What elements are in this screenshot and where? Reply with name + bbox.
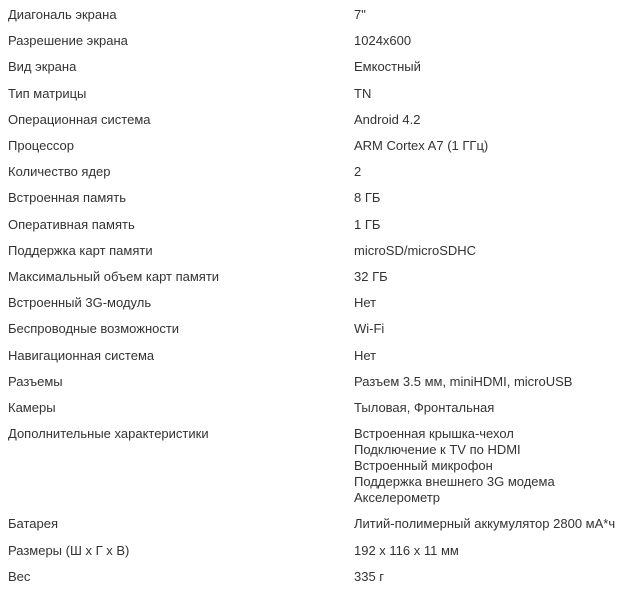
spec-label: Беспроводные возможности <box>8 321 179 337</box>
spec-value-line: Встроенная крышка-чехол <box>354 426 555 442</box>
spec-value-line: 2 <box>354 164 361 180</box>
spec-value-line: 1024x600 <box>354 33 411 49</box>
spec-value: 7" <box>354 7 366 23</box>
spec-value: TN <box>354 86 371 102</box>
spec-value: Нет <box>354 295 376 311</box>
spec-label: Оперативная память <box>8 217 135 233</box>
spec-value: Android 4.2 <box>354 112 421 128</box>
spec-value: Wi-Fi <box>354 321 384 337</box>
spec-value: Литий-полимерный аккумулятор 2800 мА*ч <box>354 516 615 532</box>
spec-value: 32 ГБ <box>354 269 388 285</box>
spec-value-line: Нет <box>354 348 376 364</box>
spec-value: microSD/microSDHC <box>354 243 476 259</box>
spec-value: Тыловая, Фронтальная <box>354 400 494 416</box>
spec-label: Батарея <box>8 516 58 532</box>
spec-value-line: 1 ГБ <box>354 217 380 233</box>
spec-value: ARM Cortex A7 (1 ГГц) <box>354 138 488 154</box>
spec-value-line: Подключение к TV по HDMI <box>354 442 555 458</box>
spec-value-line: Wi-Fi <box>354 321 384 337</box>
spec-value-line: microSD/microSDHC <box>354 243 476 259</box>
spec-value: Разъем 3.5 мм, miniHDMI, microUSB <box>354 374 572 390</box>
spec-label: Навигационная система <box>8 348 154 364</box>
spec-value-line: Встроенный микрофон <box>354 458 555 474</box>
spec-value-line: 8 ГБ <box>354 190 380 206</box>
spec-value-line: Поддержка внешнего 3G модема <box>354 474 555 490</box>
spec-value-line: 192 x 116 x 11 мм <box>354 543 459 559</box>
spec-value-line: Емкостный <box>354 59 421 75</box>
spec-label: Дополнительные характеристики <box>8 426 209 442</box>
spec-value-line: 335 г <box>354 569 384 585</box>
spec-value: 1 ГБ <box>354 217 380 233</box>
spec-value-line: ARM Cortex A7 (1 ГГц) <box>354 138 488 154</box>
spec-label: Размеры (Ш x Г x В) <box>8 543 129 559</box>
spec-label: Вид экрана <box>8 59 76 75</box>
spec-label: Тип матрицы <box>8 86 86 102</box>
spec-label: Встроенный 3G-модуль <box>8 295 151 311</box>
spec-value: 8 ГБ <box>354 190 380 206</box>
spec-value-line: Акселерометр <box>354 490 555 506</box>
spec-label: Камеры <box>8 400 56 416</box>
spec-label: Процессор <box>8 138 74 154</box>
spec-label: Количество ядер <box>8 164 111 180</box>
spec-label: Максимальный объем карт памяти <box>8 269 219 285</box>
spec-label: Диагональ экрана <box>8 7 117 23</box>
spec-value-line: TN <box>354 86 371 102</box>
spec-value-line: Тыловая, Фронтальная <box>354 400 494 416</box>
spec-value: Емкостный <box>354 59 421 75</box>
spec-value: Нет <box>354 348 376 364</box>
spec-value-line: Нет <box>354 295 376 311</box>
spec-value-line: Android 4.2 <box>354 112 421 128</box>
spec-label: Разрешение экрана <box>8 33 128 49</box>
spec-value-line: Разъем 3.5 мм, miniHDMI, microUSB <box>354 374 572 390</box>
spec-label: Встроенная память <box>8 190 126 206</box>
spec-value: 2 <box>354 164 361 180</box>
spec-label: Поддержка карт памяти <box>8 243 153 259</box>
spec-value-line: 7" <box>354 7 366 23</box>
spec-label: Операционная система <box>8 112 151 128</box>
spec-label: Вес <box>8 569 30 585</box>
spec-value: 192 x 116 x 11 мм <box>354 543 459 559</box>
spec-value-line: Литий-полимерный аккумулятор 2800 мА*ч <box>354 516 615 532</box>
spec-label: Разъемы <box>8 374 63 390</box>
spec-value: 1024x600 <box>354 33 411 49</box>
spec-value: 335 г <box>354 569 384 585</box>
spec-value: Встроенная крышка-чехолПодключение к TV … <box>354 426 555 506</box>
spec-value-line: 32 ГБ <box>354 269 388 285</box>
